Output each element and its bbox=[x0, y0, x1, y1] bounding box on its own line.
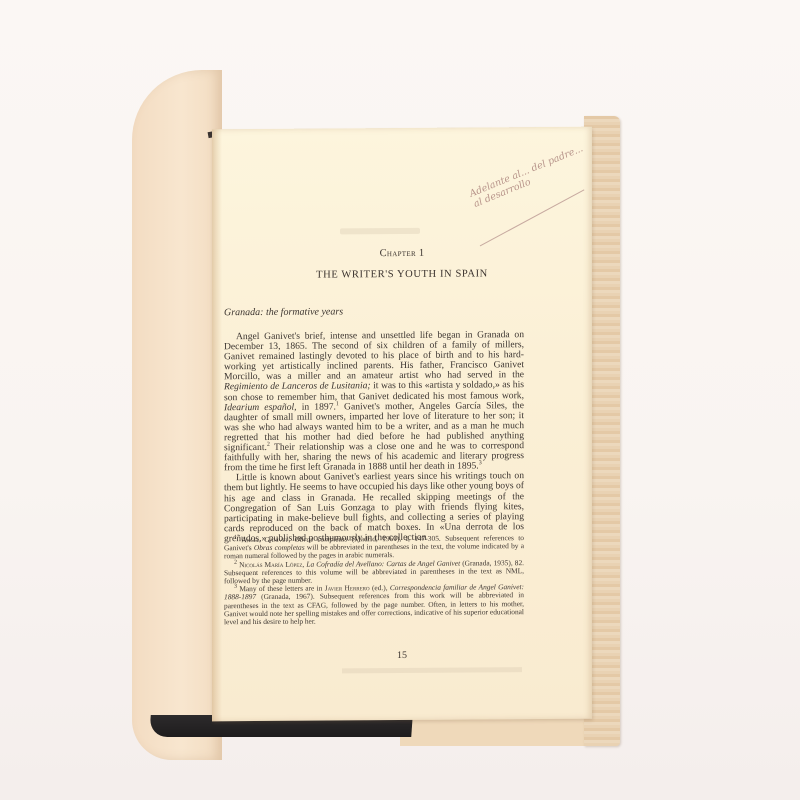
chapter-label: Chapter 1 bbox=[212, 247, 592, 261]
paragraph-1: Angel Ganivet's brief, intense and unset… bbox=[224, 330, 524, 473]
show-through-text bbox=[342, 667, 522, 673]
chapter-title: THE WRITER'S YOUTH IN SPAIN bbox=[212, 268, 592, 282]
footnote-3: 3 Many of these letters are in Javier He… bbox=[224, 583, 524, 626]
show-through-running-head bbox=[340, 228, 420, 235]
book-page: Chapter 1 THE WRITER'S YOUTH IN SPAIN Ad… bbox=[212, 127, 592, 722]
page-number: 15 bbox=[212, 649, 592, 663]
footnotes: 1 Angel Ganivet, Obras completas (Madrid… bbox=[224, 534, 524, 626]
photo-scene: Chapter 1 THE WRITER'S YOUTH IN SPAIN Ad… bbox=[0, 0, 800, 800]
section-title: Granada: the formative years bbox=[224, 306, 343, 318]
handwritten-annotation: Adelante al... del padre... al desarroll… bbox=[468, 140, 597, 210]
footnote-1: 1 Angel Ganivet, Obras completas (Madrid… bbox=[224, 534, 524, 561]
page-gutter-shadow bbox=[212, 129, 222, 721]
body-text: Angel Ganivet's brief, intense and unset… bbox=[224, 330, 524, 544]
footnote-2: 2 Nicolás María López, La Cofradía del A… bbox=[224, 559, 524, 586]
left-curled-page bbox=[132, 70, 222, 760]
footnote-ref-3: 3 bbox=[479, 460, 482, 466]
